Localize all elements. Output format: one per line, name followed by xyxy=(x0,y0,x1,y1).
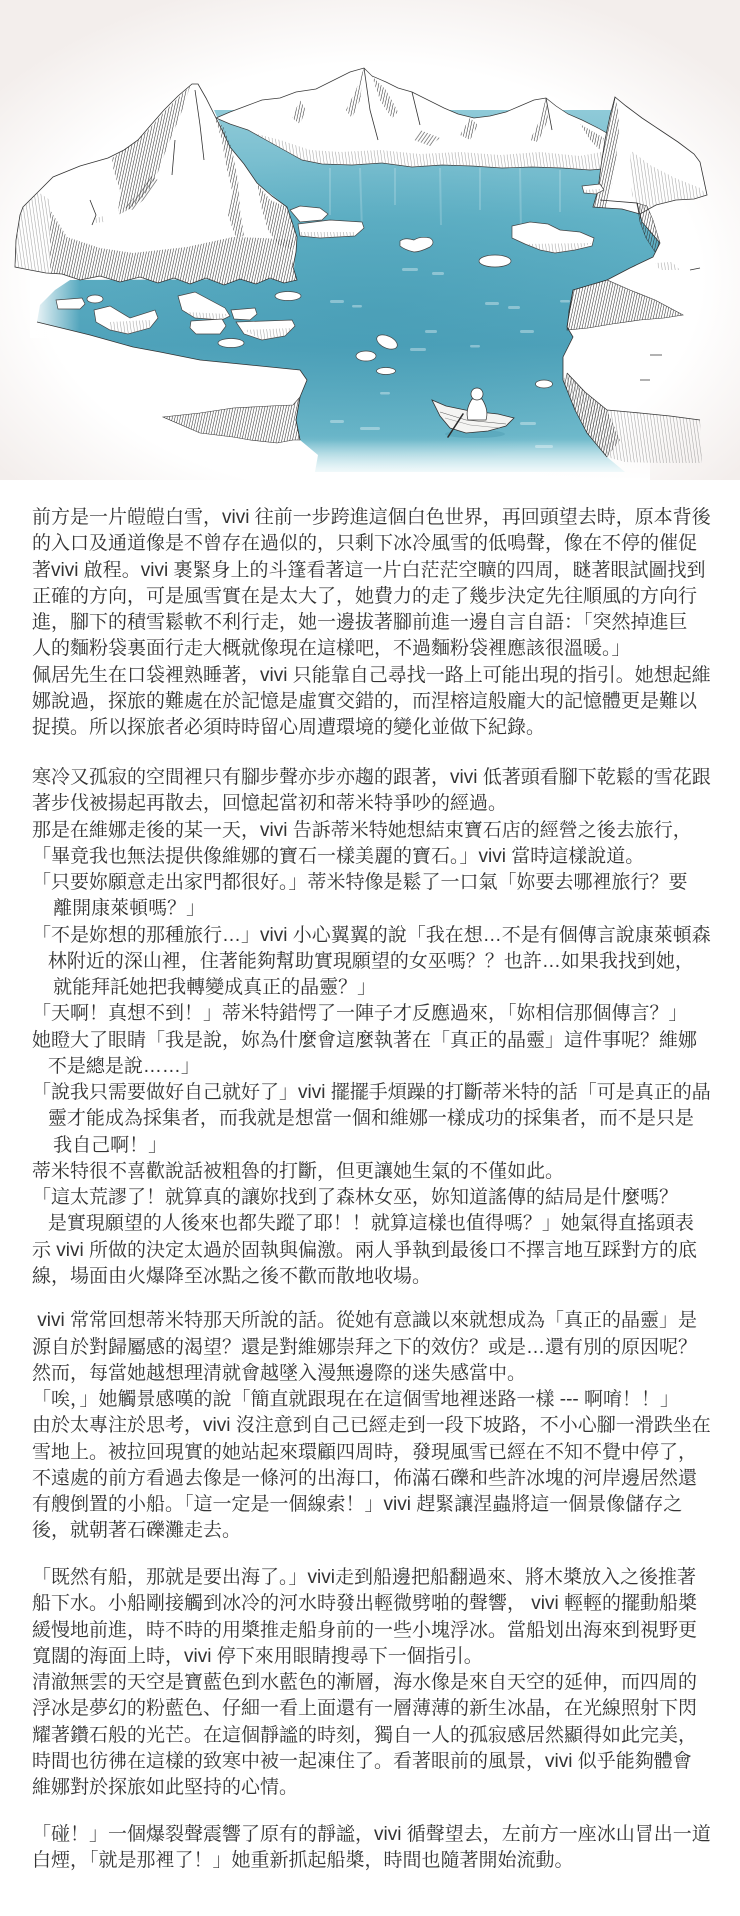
text-line: 時間也彷彿在這樣的致寒中被一起凍住了。看著眼前的風景，vivi 似乎能夠體會 xyxy=(32,1749,732,1775)
text-line: 那是在維娜走後的某一天，vivi 告訴蒂米特她想結束寶石店的經營之後去旅行， xyxy=(32,818,732,844)
text-line: 寬闊的海面上時，vivi 停下來用眼睛搜尋下一個指引。 xyxy=(32,1644,732,1670)
ice-floe xyxy=(275,292,301,301)
ice-floe xyxy=(377,368,396,375)
text-line: 有艘倒置的小船。「這一定是一個線索！」vivi 趕緊讓涅蟲將這一個景像儲存之 xyxy=(32,1492,732,1518)
ice-floe xyxy=(479,255,511,267)
article-page: 前方是一片皚皚白雪，vivi 往前一步跨進這個白色世界，再回頭望去時，原本背後 … xyxy=(0,0,740,1916)
text-line: vivi 常常回想蒂米特那天所說的話。從她有意識以來就想成為「真正的晶靈」是 xyxy=(32,1308,732,1334)
text-line: 正確的方向，可是風雪實在是太大了，她費力的走了幾步決定先往順風的方向行 xyxy=(32,584,732,610)
ice-fjord-illustration xyxy=(0,0,740,480)
text-line: 的入口及通道像是不曾存在過似的，只剩下冰冷風雪的低鳴聲，像在不停的催促 xyxy=(32,531,732,557)
story-text: 前方是一片皚皚白雪，vivi 往前一步跨進這個白色世界，再回頭望去時，原本背後 … xyxy=(32,505,732,1874)
text-line: 娜說過，探旅的難處在於記憶是虛實交錯的，而涅榕這般龐大的記憶體更是難以 xyxy=(32,689,732,715)
text-line: 著vivi 啟程。vivi 裹緊身上的斗篷看著這一片白茫茫空曠的四周，瞇著眼試圖… xyxy=(32,558,732,584)
text-line: 就能拜託她把我轉變成真正的晶靈？」 xyxy=(32,975,732,1001)
text-line: 捉摸。所以探旅者必須時時留心周遭環境的變化並做下紀錄。 xyxy=(32,715,732,741)
text-line: 是實現願望的人後來也都失蹤了耶！！就算這樣也值得嗎？」她氣得直搖頭表 xyxy=(32,1211,732,1237)
text-line: 由於太專注於思考，vivi 沒注意到自己已經走到一段下坡路，不小心腳一滑跌坐在 xyxy=(32,1413,732,1439)
text-line: 不遠處的前方看過去像是一條河的出海口，佈滿石礫和些許冰塊的河岸邊居然還 xyxy=(32,1466,732,1492)
text-line: 「天啊！真想不到！」蒂米特錯愕了一陣子才反應過來，「妳相信那個傳言？」 xyxy=(32,1001,732,1027)
text-line: 後，就朝著石礫灘走去。 xyxy=(32,1518,732,1544)
text-line: 寒冷又孤寂的空間裡只有腳步聲亦步亦趨的跟著，vivi 低著頭看腳下乾鬆的雪花跟 xyxy=(32,765,732,791)
ice-floe xyxy=(87,295,103,303)
text-line: 進，腳下的積雪鬆軟不利行走，她一邊拔著腳前進一邊自言自語：「突然掉進巨 xyxy=(32,610,732,636)
text-line: 示 vivi 所做的決定太過於固執與偏激。兩人爭執到最後口不擇言地互踩對方的底 xyxy=(32,1238,732,1264)
text-line: 「唉，」她觸景感嘆的說「簡直就跟現在在這個雪地裡迷路一樣 --- 啊唷！！」 xyxy=(32,1387,732,1413)
text-line: 著步伐被揚起再散去，回憶起當初和蒂米特爭吵的經過。 xyxy=(32,791,732,817)
text-line: 前方是一片皚皚白雪，vivi 往前一步跨進這個白色世界，再回頭望去時，原本背後 xyxy=(32,505,732,531)
text-line: 離開康萊頓嗎？」 xyxy=(32,896,732,922)
text-line: 船下水。小船剛接觸到冰冷的河水時發出輕微劈啪的聲響， vivi 輕輕的擺動船槳 xyxy=(32,1591,732,1617)
text-line: 「這太荒謬了！就算真的讓妳找到了森林女巫，妳知道謠傳的結局是什麼嗎？ xyxy=(32,1185,732,1211)
text-line: 耀著鑽石般的光芒。在這個靜謐的時刻，獨自一人的孤寂感居然顯得如此完美， xyxy=(32,1723,732,1749)
ice-floe xyxy=(536,380,553,388)
text-line: 然而，每當她越想理清就會越墜入漫無邊際的迷失感當中。 xyxy=(32,1361,732,1387)
text-line: 「不是妳想的那種旅行…」vivi 小心翼翼的說「我在想…不是有個傳言說康萊頓森 xyxy=(32,923,732,949)
ice-floe xyxy=(56,298,85,309)
text-line: 源自於對歸屬感的渴望？還是對維娜崇拜之下的效仿？或是…還有別的原因呢？ xyxy=(32,1335,732,1361)
text-line: 「畢竟我也無法提供像維娜的寶石一樣美麗的寶石。」vivi 當時這樣說道。 xyxy=(32,844,732,870)
text-line: 不是總是說……」 xyxy=(32,1054,732,1080)
story-illustration xyxy=(0,0,740,480)
text-line: 靈才能成為採集者，而我就是想當一個和維娜一樣成功的採集者，而不是只是 xyxy=(32,1106,732,1132)
text-line: 緩慢地前進，時不時的用槳推走船身前的一些小塊浮冰。當船划出海來到視野更 xyxy=(32,1618,732,1644)
text-line: 雪地上。被拉回現實的她站起來環顧四周時，發現風雪已經在不知不覺中停了， xyxy=(32,1440,732,1466)
text-line: 線，場面由火爆降至冰點之後不歡而散地收場。 xyxy=(32,1264,732,1290)
paragraph: 前方是一片皚皚白雪，vivi 往前一步跨進這個白色世界，再回頭望去時，原本背後 … xyxy=(32,505,732,741)
text-line: 蒂米特很不喜歡說話被粗魯的打斷，但更讓她生氣的不僅如此。 xyxy=(32,1159,732,1185)
paragraph: 「既然有船，那就是要出海了。」vivi走到船邊把船翻過來、將木槳放入之後推著 船… xyxy=(32,1565,732,1801)
paragraph: 寒冷又孤寂的空間裡只有腳步聲亦步亦趨的跟著，vivi 低著頭看腳下乾鬆的雪花跟 … xyxy=(32,765,732,1290)
paragraph: 「碰！」一個爆裂聲震響了原有的靜謐，vivi 循聲望去，左前方一座冰山冒出一道 … xyxy=(32,1822,732,1875)
text-line: 我自己啊！」 xyxy=(32,1133,732,1159)
text-line: 白煙，「就是那裡了！」她重新抓起船槳，時間也隨著開始流動。 xyxy=(32,1848,732,1874)
text-line: 清澈無雲的天空是寶藍色到水藍色的漸層，海水像是來自天空的延伸，而四周的 xyxy=(32,1670,732,1696)
text-line: 「既然有船，那就是要出海了。」vivi走到船邊把船翻過來、將木槳放入之後推著 xyxy=(32,1565,732,1591)
text-line: 「只要妳願意走出家門都很好。」蒂米特像是鬆了一口氣「妳要去哪裡旅行？要 xyxy=(32,870,732,896)
text-line: 浮冰是夢幻的粉藍色、仔細一看上面還有一層薄薄的新生冰晶，在光線照射下閃 xyxy=(32,1696,732,1722)
text-line: 「碰！」一個爆裂聲震響了原有的靜謐，vivi 循聲望去，左前方一座冰山冒出一道 xyxy=(32,1822,732,1848)
text-line: 林附近的深山裡，住著能夠幫助實現願望的女巫嗎？？也許…如果我找到她， xyxy=(32,949,732,975)
paragraph: vivi 常常回想蒂米特那天所說的話。從她有意識以來就想成為「真正的晶靈」是 源… xyxy=(32,1308,732,1544)
text-line: 人的麵粉袋裏面行走大概就像現在這樣吧，不過麵粉袋裡應該很溫暖。」 xyxy=(32,636,732,662)
ice-floe xyxy=(218,339,244,348)
text-line: 佩居先生在口袋裡熟睡著，vivi 只能靠自己尋找一路上可能出現的指引。她想起維 xyxy=(32,663,732,689)
text-line: 她瞪大了眼睛「我是說，妳為什麼會這麼執著在「真正的晶靈」這件事呢？維娜 xyxy=(32,1028,732,1054)
ice-floe xyxy=(190,319,226,334)
ice-floe xyxy=(356,351,376,361)
text-line: 維娜對於探旅如此堅持的心情。 xyxy=(32,1775,732,1801)
text-line: 「說我只需要做好自己就好了」vivi 擺擺手煩躁的打斷蒂米特的話「可是真正的晶 xyxy=(32,1080,732,1106)
